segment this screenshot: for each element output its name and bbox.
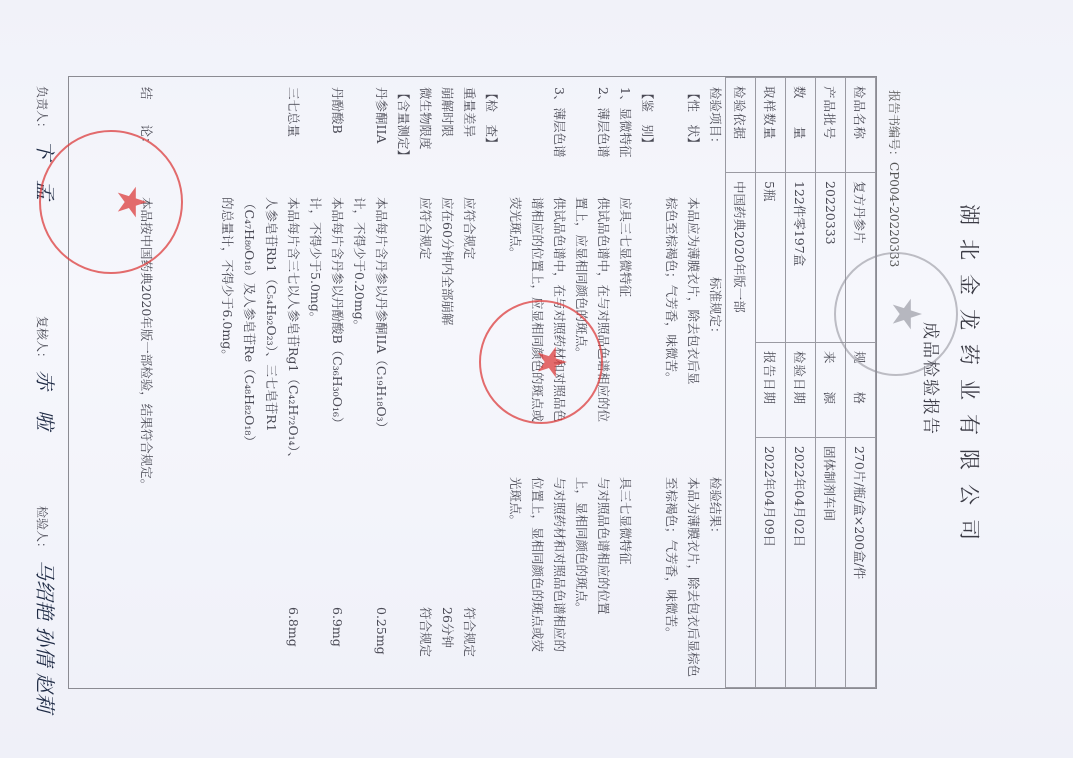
result-text: 具三七显微特征 <box>614 477 636 687</box>
result-text: 26分钟 <box>436 607 458 648</box>
test-name: 丹酚酸B <box>326 87 348 134</box>
test-name: 1、显微特征 <box>614 87 636 157</box>
result-text: 符合规定 <box>414 607 436 657</box>
inspector-handwriting: 马绍艳 孙倩 赵莉 <box>33 560 57 713</box>
star-icon: ★ <box>886 254 926 374</box>
result-text: 上，显相同颜色的斑点。 <box>570 477 592 687</box>
sample-label: 取样数量 <box>756 78 786 173</box>
inspection-row: 崩解时限应在60分钟内全部崩解26分钟 <box>436 77 458 688</box>
identification-heading: 【鉴 别】 <box>636 77 658 688</box>
quantity-label: 数 量 <box>786 78 816 173</box>
basis-value: 中国药典2020年版一部 <box>726 173 756 688</box>
star-icon: ★ <box>531 302 571 422</box>
identification-row: 1、显微特征应具三七显微特征具三七显微特征 <box>614 77 636 688</box>
spec-value: 270片/瓶/盒×200盒/件 <box>846 437 876 687</box>
items-header: 检验项目： 标准规定： 检验结果： <box>704 77 726 688</box>
result-text: 光斑点。 <box>504 477 526 687</box>
test-name: 崩解时限 <box>436 87 458 137</box>
standard-text: 计，不得少于5.0mg。 <box>304 197 326 547</box>
assay-row: 的总量计，不得少于6.0mg。 <box>216 77 238 688</box>
standard-text: 本品每片含丹参以丹参酮IIA（C₁₉H₁₈O₃） <box>370 197 392 547</box>
result-text: 6.9mg <box>326 607 348 647</box>
standard-text: 应符合规定 <box>458 197 480 547</box>
product-name-label: 检品名称 <box>846 78 876 173</box>
test-name: 微生物限度 <box>414 87 436 150</box>
inspection-items: 检验项目： 标准规定： 检验结果： 【性 状】 本品应为薄膜衣片，除去包衣后显 … <box>216 77 726 688</box>
test-name: 三七总量 <box>282 87 304 137</box>
assay-row: 计，不得少于5.0mg。 <box>304 77 326 688</box>
appearance-row-2: 棕色至棕褐色；气芳香，味微苦。 至棕褐色；气芳香，味微苦。 <box>660 77 682 688</box>
assay-row: （C₄₇H₈₀O₁₈）及人参皂苷Re（C₄₈H₈₂O₁₈） <box>238 77 260 688</box>
result-text: 与对照药材和对照品色谱相应的 <box>548 477 570 687</box>
source-value: 固体制剂车间 <box>816 437 846 687</box>
inspector-signature: 检验人：马绍艳 孙倩 赵莉 <box>32 506 61 713</box>
inspection-report-page: 湖北金龙药业有限公司 成品检验报告 报告书编号：CP004-20220333 检… <box>0 0 1073 758</box>
test-name: 重量差异 <box>458 87 480 137</box>
assay-list: 丹参酮IIA0.25mg本品每片含丹参以丹参酮IIA（C₁₉H₁₈O₃）计，不得… <box>216 77 392 688</box>
inspection-seal: ★ <box>39 130 183 274</box>
standard-text: 本品每片含丹参以丹酚酸B（C₃₆H₃₀O₁₆） <box>326 197 348 547</box>
test-name: 2、薄层色谱 <box>592 87 614 157</box>
inspect-date-label: 检验日期 <box>786 342 816 437</box>
standard-text: 的总量计，不得少于6.0mg。 <box>216 197 238 547</box>
inspection-list: 重量差异应符合规定符合规定崩解时限应在60分钟内全部崩解26分钟微生物限度应符合… <box>414 77 480 688</box>
reviewer-signature: 复核人：赤 啦 <box>32 316 61 430</box>
reviewer-handwriting: 赤 啦 <box>33 370 57 430</box>
result-text: 位置上，显相同颜色的斑点或荧 <box>526 477 548 687</box>
assay-row: 三七总量6.8mg本品每片含三七以人参皂苷Rg1（C₄₂H₇₂O₁₄）、 <box>282 77 304 688</box>
inspection-row: 微生物限度应符合规定符合规定 <box>414 77 436 688</box>
test-name: 丹参酮IIA <box>370 87 392 143</box>
standard-text: 本品每片含三七以人参皂苷Rg1（C₄₂H₇₂O₁₄）、 <box>282 197 304 547</box>
report-number: 报告书编号：CP004-20220333 <box>886 90 903 267</box>
report-frame: 检品名称 复方丹参片 规 格 270片/瓶/盒×200盒/件 产品批号 2022… <box>68 76 877 689</box>
sample-value: 5瓶 <box>756 173 786 343</box>
assay-row: 丹酚酸B6.9mg本品每片含丹参以丹酚酸B（C₃₆H₃₀O₁₆） <box>326 77 348 688</box>
result-text: 6.8mg <box>282 607 304 647</box>
source-label: 来 源 <box>816 342 846 437</box>
test-name: 3、薄层色谱 <box>548 87 570 157</box>
faded-company-seal: ★ <box>834 252 958 376</box>
batch-label: 产品批号 <box>816 78 846 173</box>
company-name: 湖北金龙药业有限公司 <box>955 0 985 758</box>
result-text: 与对照品色谱相应的位置 <box>592 477 614 687</box>
report-date-value: 2022年04月09日 <box>756 437 786 687</box>
standard-text: 人参皂苷Rb1（C₅₄H₉₂O₂₃）、三七皂苷R1 <box>260 197 282 547</box>
standard-text: 应在60分钟内全部崩解 <box>436 197 458 547</box>
release-seal: ★ <box>479 300 603 424</box>
standard-text: 计，不得少于0.20mg。 <box>348 197 370 547</box>
result-text: 符合规定 <box>458 607 480 657</box>
report-date-label: 报告日期 <box>756 342 786 437</box>
star-icon: ★ <box>111 132 151 272</box>
assay-row: 丹参酮IIA0.25mg本品每片含丹参以丹参酮IIA（C₁₉H₁₈O₃） <box>370 77 392 688</box>
standard-text: 应符合规定 <box>414 197 436 547</box>
inspect-date-value: 2022年04月02日 <box>786 437 816 687</box>
standard-text: （C₄₇H₈₀O₁₈）及人参皂苷Re（C₄₈H₈₂O₁₈） <box>238 197 260 547</box>
quantity-value: 122件零197盒 <box>786 173 816 343</box>
basis-label: 检验依据 <box>726 78 756 173</box>
result-text: 0.25mg <box>370 607 392 655</box>
assay-row: 计，不得少于0.20mg。 <box>348 77 370 688</box>
assay-heading: 【含量测定】 <box>392 77 414 688</box>
report-title: 成品检验报告 <box>920 0 945 758</box>
assay-row: 人参皂苷Rb1（C₅₄H₉₂O₂₃）、三七皂苷R1 <box>260 77 282 688</box>
inspection-row: 重量差异应符合规定符合规定 <box>458 77 480 688</box>
appearance-row-1: 【性 状】 本品应为薄膜衣片，除去包衣后显 本品为薄膜衣片，除去包衣后显棕色 <box>682 77 704 688</box>
product-info-table: 检品名称 复方丹参片 规 格 270片/瓶/盒×200盒/件 产品批号 2022… <box>725 77 876 688</box>
